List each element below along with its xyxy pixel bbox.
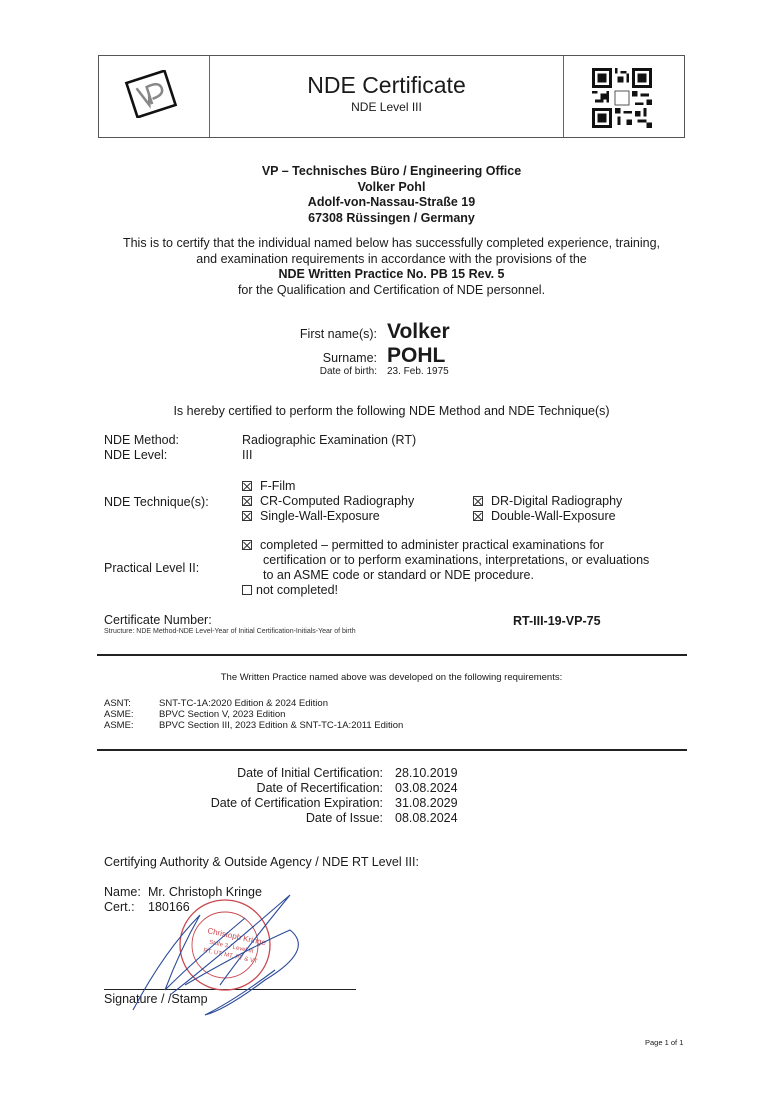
org-street: Adolf-von-Nassau-Straße 19 bbox=[0, 195, 783, 211]
req-org: ASME: bbox=[104, 709, 134, 720]
certification-dates: Date of Initial Certification:28.10.2019… bbox=[180, 766, 458, 826]
req-text: BPVC Section V, 2023 Edition bbox=[159, 709, 285, 720]
technique-swe: Single-Wall-Exposure bbox=[242, 509, 380, 524]
intro-line: for the Qualification and Certification … bbox=[0, 283, 783, 299]
technique-label: Double-Wall-Exposure bbox=[491, 509, 616, 523]
date-label: Date of Certification Expiration: bbox=[180, 796, 395, 811]
intro-line: This is to certify that the individual n… bbox=[0, 236, 783, 252]
first-name-value: Volker bbox=[387, 320, 450, 344]
surname-value: POHL bbox=[387, 344, 445, 368]
surname-label: Surname: bbox=[280, 351, 387, 365]
practical-completed-text: certification or to perform examinations… bbox=[263, 553, 649, 568]
techniques-label: NDE Technique(s): bbox=[104, 495, 209, 510]
intro-line: and examination requirements in accordan… bbox=[0, 252, 783, 268]
org-name: VP – Technisches Büro / Engineering Offi… bbox=[0, 164, 783, 180]
vp-logo-icon bbox=[123, 70, 179, 118]
level-value: III bbox=[242, 448, 252, 463]
logo-cell bbox=[99, 56, 210, 137]
divider bbox=[97, 654, 687, 656]
technique-dwe: Double-Wall-Exposure bbox=[473, 509, 616, 524]
certified-statement: Is hereby certified to perform the follo… bbox=[0, 404, 783, 418]
dob-value: 23. Feb. 1975 bbox=[387, 366, 449, 377]
req-org: ASME: bbox=[104, 720, 134, 731]
level-label: NDE Level: bbox=[104, 448, 167, 463]
date-value: 03.08.2024 bbox=[395, 781, 458, 796]
date-value: 28.10.2019 bbox=[395, 766, 458, 781]
req-text: SNT-TC-1A:2020 Edition & 2024 Edition bbox=[159, 698, 328, 709]
certificate-number-structure: Structure: NDE Method-NDE Level-Year of … bbox=[104, 628, 356, 635]
date-label: Date of Initial Certification: bbox=[180, 766, 395, 781]
authority-heading: Certifying Authority & Outside Agency / … bbox=[104, 855, 419, 870]
certificate-number-label: Certificate Number: bbox=[104, 613, 212, 628]
technique-label: DR-Digital Radiography bbox=[491, 494, 622, 508]
technique-label: Single-Wall-Exposure bbox=[260, 509, 380, 523]
page-number: Page 1 of 1 bbox=[645, 1038, 683, 1047]
technique-label: CR-Computed Radiography bbox=[260, 494, 414, 508]
divider bbox=[97, 749, 687, 751]
checkbox-checked-icon[interactable] bbox=[242, 481, 252, 491]
date-value: 08.08.2024 bbox=[395, 811, 458, 826]
written-practice-reference: NDE Written Practice No. PB 15 Rev. 5 bbox=[278, 267, 504, 281]
person-details: First name(s): Volker Surname: POHL Date… bbox=[280, 320, 450, 377]
certificate-number-value: RT-III-19-VP-75 bbox=[513, 614, 601, 629]
requirements-intro: The Written Practice named above was dev… bbox=[0, 672, 783, 683]
checkbox-checked-icon[interactable] bbox=[242, 540, 252, 550]
checkbox-checked-icon[interactable] bbox=[242, 511, 252, 521]
first-name-label: First name(s): bbox=[280, 327, 387, 341]
date-label: Date of Issue: bbox=[180, 811, 395, 826]
technique-dr: DR-Digital Radiography bbox=[473, 494, 622, 509]
method-label: NDE Method: bbox=[104, 433, 179, 448]
practical-not-completed: not completed! bbox=[242, 583, 338, 598]
technique-f-film: F-Film bbox=[242, 479, 295, 494]
checkbox-checked-icon[interactable] bbox=[473, 511, 483, 521]
qr-cell bbox=[563, 56, 684, 137]
certification-statement: This is to certify that the individual n… bbox=[0, 236, 783, 298]
practical-completed-text: to an ASME code or standard or NDE proce… bbox=[263, 568, 534, 583]
org-person: Volker Pohl bbox=[0, 180, 783, 196]
checkbox-checked-icon[interactable] bbox=[242, 496, 252, 506]
checkbox-unchecked-icon[interactable] bbox=[242, 585, 252, 595]
practical-label: Practical Level II: bbox=[104, 561, 199, 576]
practical-completed-text: completed – permitted to administer prac… bbox=[260, 538, 604, 552]
issuing-organization: VP – Technisches Büro / Engineering Offi… bbox=[0, 164, 783, 226]
practical-completed: completed – permitted to administer prac… bbox=[242, 538, 604, 553]
certificate-title: NDE Certificate bbox=[210, 72, 563, 98]
org-city: 67308 Rüssingen / Germany bbox=[0, 211, 783, 227]
certificate-subtitle: NDE Level III bbox=[210, 100, 563, 114]
req-org: ASNT: bbox=[104, 698, 131, 709]
qr-code-icon bbox=[592, 68, 652, 128]
date-label: Date of Recertification: bbox=[180, 781, 395, 796]
checkbox-checked-icon[interactable] bbox=[473, 496, 483, 506]
req-text: BPVC Section III, 2023 Edition & SNT-TC-… bbox=[159, 720, 403, 731]
certificate-header: NDE Certificate NDE Level III bbox=[98, 55, 685, 138]
stamp-and-signature-icon: Christoph Kringe Stufe 3 / Level III RT,… bbox=[125, 890, 315, 1025]
date-value: 31.08.2029 bbox=[395, 796, 458, 811]
technique-label: F-Film bbox=[260, 479, 295, 493]
dob-label: Date of birth: bbox=[280, 366, 387, 377]
technique-cr: CR-Computed Radiography bbox=[242, 494, 414, 509]
not-completed-text: not completed! bbox=[256, 583, 338, 597]
method-value: Radiographic Examination (RT) bbox=[242, 433, 416, 448]
title-cell: NDE Certificate NDE Level III bbox=[210, 56, 563, 137]
